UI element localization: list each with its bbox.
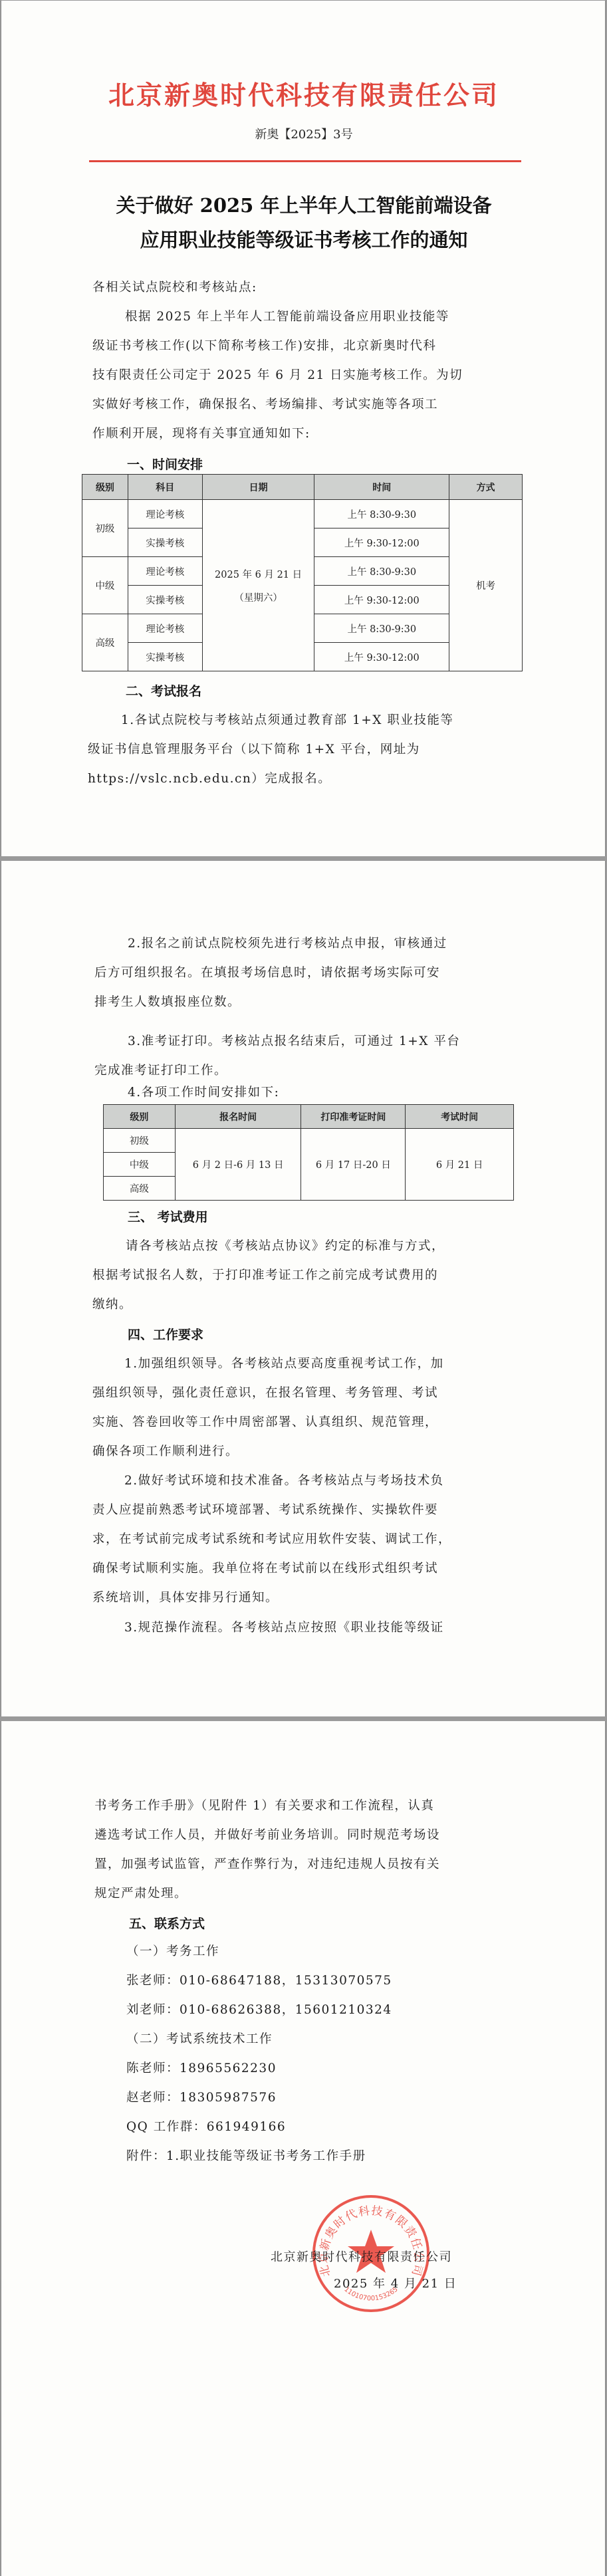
requirement-item-2: 2.做好考试环境和技术准备。各考核站点与考场技术负 责人应提前熟悉考试环境部署、… [92,1466,515,1613]
letterhead-red-rule [89,160,521,162]
text-line: 确保各项工作顺利进行。 [92,1437,515,1466]
contacts: （一）考务工作 张老师：010-68647188，15313070575 刘老师… [126,1937,392,2171]
column-header: 打印准考证时间 [301,1105,406,1129]
subject-cell: 理论考核 [128,614,202,643]
registration-url-line: https://vslc.ncb.edu.cn）完成报名。 [88,764,513,794]
text-line: 实施、答卷回收等工作中周密部署、认真组织、规范管理， [92,1408,515,1437]
column-header: 科目 [128,475,202,500]
exam-time-cell: 6 月 21 日 [406,1129,514,1201]
contact-line: 陈老师：18965562230 [126,2054,392,2083]
registration-item-1: 1.各试点院校与考核站点须通过教育部 1+X 职业技能等 级证书信息管理服务平台… [88,706,513,794]
intro-paragraph: 根据 2025 年上半年人工智能前端设备应用职业技能等 级证书考核工作(以下简称… [92,302,515,449]
intro-line: 级证书考核工作(以下简称考核工作)安排，北京新奥时代科 [92,332,515,361]
table-row: 初级 6 月 2 日-6 月 13 日 6 月 17 日-20 日 6 月 21… [104,1129,514,1153]
time-cell: 上午 9:30-12:00 [314,586,449,614]
text-line: 书考务工作手册》（见附件 1）有关要求和工作流程，认真 [94,1792,517,1821]
table-header-row: 级别 科目 日期 时间 方式 [82,475,523,500]
document-page-1: 北京新奥时代科技有限责任公司 新奥【2025】3号 关于做好 2025 年上半年… [1,1,606,856]
text-line: 强组织领导，强化责任意识，在报名管理、考务管理、考试 [92,1379,515,1408]
section-1-heading: 一、时间安排 [127,455,203,473]
text-line: 1.加强组织领导。各考核站点要高度重视考试工作，加 [92,1349,515,1379]
letterhead-company-name: 北京新奥时代科技有限责任公司 [1,75,606,112]
requirement-item-3-continued: 书考务工作手册》（见附件 1）有关要求和工作流程，认真 遴选考试工作人员，并做好… [94,1792,517,1909]
column-header: 时间 [314,475,449,500]
section-4-heading: 四、工作要求 [128,1325,203,1343]
column-header: 级别 [104,1105,176,1129]
text-line: 确保考试顺利实施。我单位将在考试前以在线形式组织考试 [92,1554,515,1583]
text-line: 后方可组织报名。在填报考场信息时，请依据考场实际可安 [94,959,517,988]
registration-time-cell: 6 月 2 日-6 月 13 日 [175,1129,301,1201]
method-cell: 机考 [449,500,523,671]
table-header-row: 级别 报名时间 打印准考证时间 考试时间 [104,1105,514,1129]
work-schedule-table: 级别 报名时间 打印准考证时间 考试时间 初级 6 月 2 日-6 月 13 日… [103,1104,514,1201]
subject-cell: 实操考核 [128,528,202,557]
text-line: 求，在考试前完成考试系统和考试应用软件安装、调试工作， [92,1525,515,1554]
subheading-exam-affairs: （一）考务工作 [126,1937,392,1966]
attachment-line: 附件：1.职业技能等级证书考务工作手册 [126,2142,392,2171]
subject-cell: 理论考核 [128,500,202,528]
registration-item-2: 2.报名之前试点院校须先进行考核站点申报，审核通过 后方可组织报名。在填报考场信… [94,929,517,1017]
column-header: 级别 [82,475,128,500]
print-ticket-time-cell: 6 月 17 日-20 日 [301,1129,406,1201]
exam-date: 2025 年 6 月 21 日 [203,567,314,581]
text-line: 遴选考试工作人员，并做好考前业务培训。同时规范考场设 [94,1821,517,1850]
notice-title-line-2: 应用职业技能等级证书考核工作的通知 [1,223,606,257]
registration-item-3: 3.准考证打印。考核站点报名结束后，可通过 1+X 平台 完成准考证打印工作。 [94,1027,517,1086]
time-cell: 上午 8:30-9:30 [314,614,449,643]
time-cell: 上午 9:30-12:00 [314,643,449,671]
subject-cell: 理论考核 [128,557,202,586]
text-line: 2.报名之前试点院校须先进行考核站点申报，审核通过 [94,929,517,959]
level-cell: 中级 [82,557,128,614]
contact-line: 刘老师：010-68626388，15601210324 [126,1996,392,2025]
document-page-2: 2.报名之前试点院校须先进行考核站点申报，审核通过 后方可组织报名。在填报考场信… [1,861,606,1716]
time-cell: 上午 8:30-9:30 [314,557,449,586]
signature-date: 2025 年 4 月 21 日 [334,2274,457,2291]
notice-title: 关于做好 2025 年上半年人工智能前端设备 应用职业技能等级证书考核工作的通知 [1,188,606,257]
column-header: 日期 [202,475,314,500]
level-cell: 中级 [104,1153,176,1177]
text-line: 根据考试报名人数，于打印准考证工作之前完成考试费用的 [92,1261,515,1290]
column-header: 报名时间 [175,1105,301,1129]
intro-line: 实做好考核工作，确保报名、考场编排、考试实施等各项工 [92,390,515,419]
notice-title-line-1: 关于做好 2025 年上半年人工智能前端设备 [1,188,606,223]
level-cell: 高级 [104,1177,176,1201]
salutation: 各相关试点院校和考核站点: [92,273,257,302]
section-5-heading: 五、联系方式 [129,1914,205,1932]
column-header: 方式 [449,475,523,500]
text-line: 缴纳。 [92,1290,515,1320]
text-line: 请各考核站点按《考核站点协议》约定的标准与方式， [92,1232,515,1261]
intro-line: 根据 2025 年上半年人工智能前端设备应用职业技能等 [92,302,515,332]
document-page-3: 书考务工作手册》（见附件 1）有关要求和工作流程，认真 遴选考试工作人员，并做好… [1,1721,606,2576]
text-line: 置，加强考试监管，严查作弊行为，对违纪违规人员按有关 [94,1850,517,1879]
text-line: 排考生人数填报座位数。 [94,988,517,1017]
time-cell: 上午 9:30-12:00 [314,528,449,557]
qq-group-line: QQ 工作群：661949166 [126,2113,392,2142]
text-line: 级证书信息管理服务平台（以下简称 1+X 平台，网址为 [88,735,513,764]
intro-line: 技有限责任公司定于 2025 年 6 月 21 日实施考核工作。为切 [92,361,515,390]
registration-item-4: 4.各项工作时间安排如下: [128,1078,279,1108]
fees-paragraph: 请各考核站点按《考核站点协议》约定的标准与方式， 根据考试报名人数，于打印准考证… [92,1232,515,1320]
intro-line: 作顺利开展，现将有关事宜通知如下: [92,419,515,449]
signature-company: 北京新奥时代科技有限责任公司 [271,2248,452,2265]
column-header: 考试时间 [406,1105,514,1129]
section-3-heading: 三、 考试费用 [128,1207,208,1225]
text-line: 1.各试点院校与考核站点须通过教育部 1+X 职业技能等 [88,706,513,735]
text-line: 2.做好考试环境和技术准备。各考核站点与考场技术负 [92,1466,515,1496]
time-cell: 上午 8:30-9:30 [314,500,449,528]
subject-cell: 实操考核 [128,643,202,671]
level-cell: 初级 [82,500,128,557]
contact-line: 赵老师：18305987576 [126,2083,392,2113]
exam-schedule-table: 级别 科目 日期 时间 方式 初级 理论考核 2025 年 6 月 21 日 （… [82,474,523,671]
table-row: 初级 理论考核 2025 年 6 月 21 日 （星期六） 上午 8:30-9:… [82,500,523,528]
text-line: 3.准考证打印。考核站点报名结束后，可通过 1+X 平台 [94,1027,517,1056]
exam-weekday: （星期六） [203,590,314,604]
level-cell: 高级 [82,614,128,671]
level-cell: 初级 [104,1129,176,1153]
subject-cell: 实操考核 [128,586,202,614]
requirement-item-1: 1.加强组织领导。各考核站点要高度重视考试工作，加 强组织领导，强化责任意识，在… [92,1349,515,1466]
contact-line: 张老师：010-68647188，15313070575 [126,1966,392,1996]
document-number: 新奥【2025】3号 [1,125,606,142]
subheading-tech-support: （二）考试系统技术工作 [126,2025,392,2054]
date-cell: 2025 年 6 月 21 日 （星期六） [202,500,314,671]
text-line: 系统培训，具体安排另行通知。 [92,1583,515,1613]
text-line: 规定严肃处理。 [94,1879,517,1909]
section-2-heading: 二、考试报名 [126,681,201,699]
text-line: 责人应提前熟悉考试环境部署、考试系统操作、实操软件要 [92,1496,515,1525]
requirement-item-3-start: 3.规范操作流程。各考核站点应按照《职业技能等级证 [124,1613,515,1643]
